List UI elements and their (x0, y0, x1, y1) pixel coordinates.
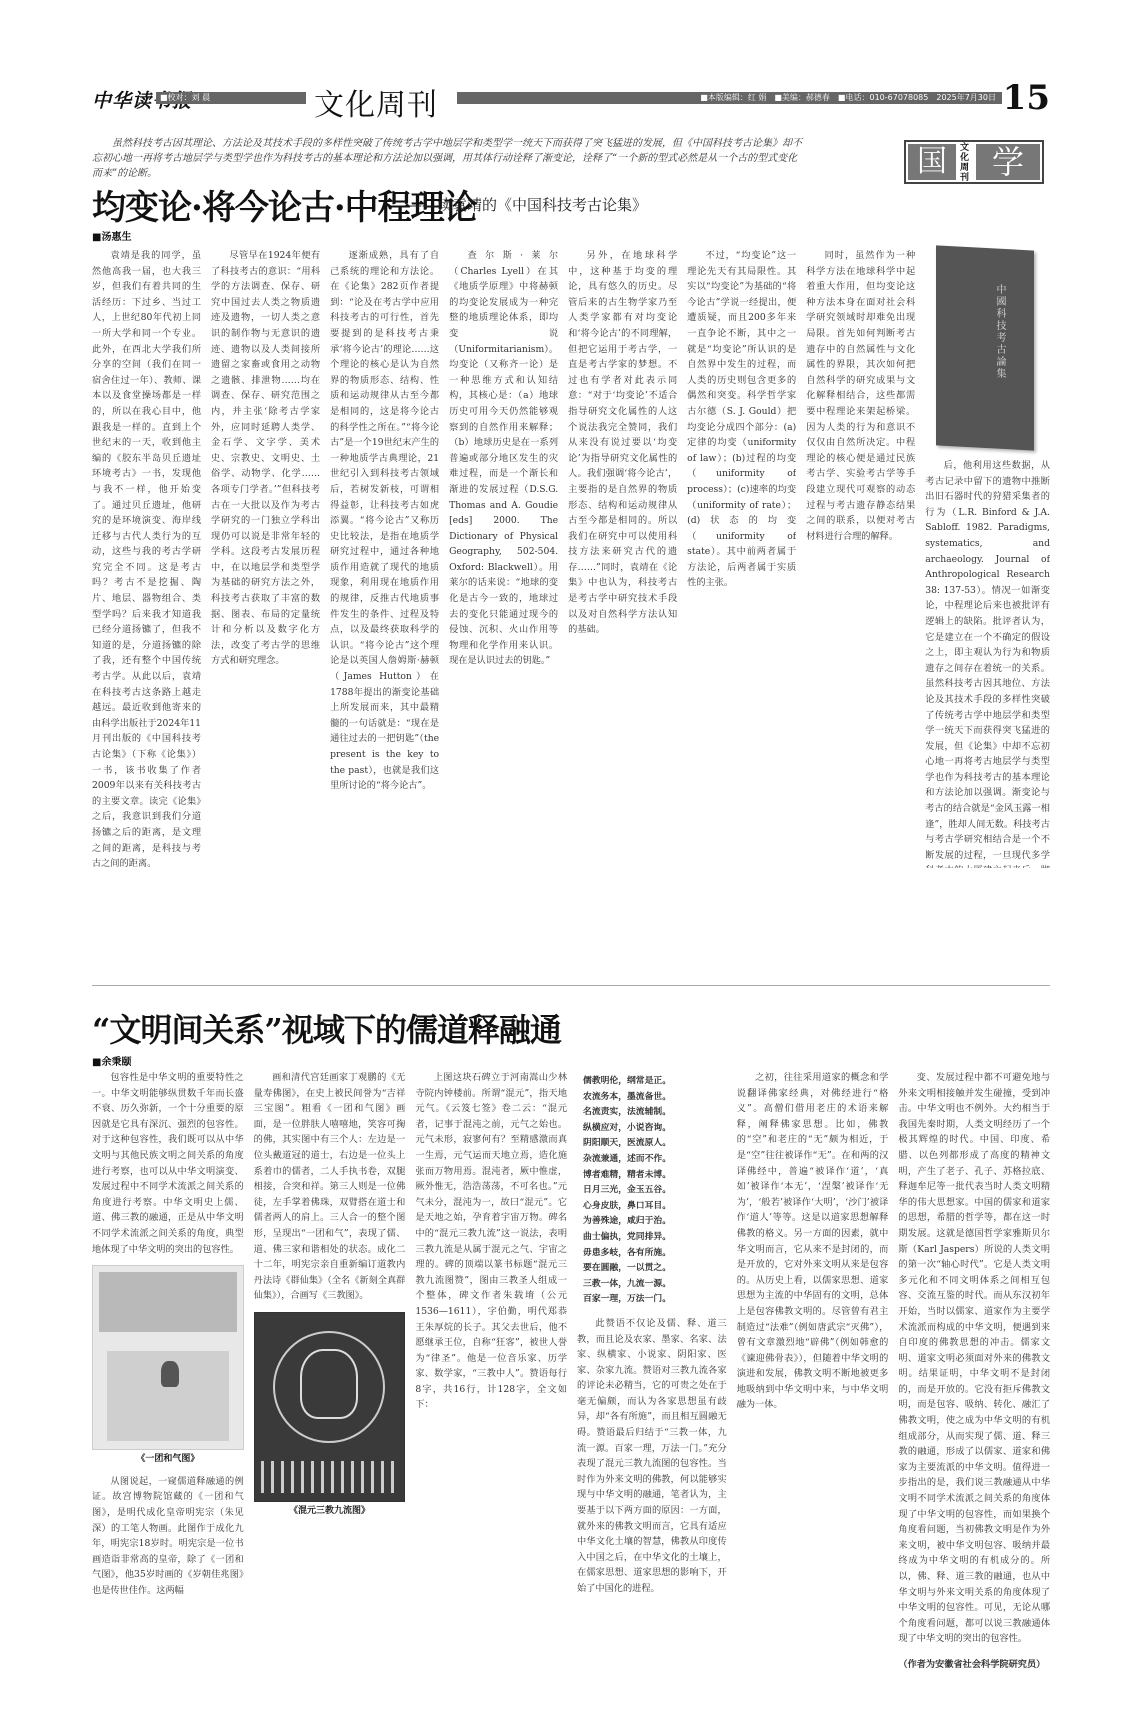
paragraph: 不过，“均变论”这一理论先天有其局限性。其实以“均变论”为基础的“将今论古”学说… (687, 248, 796, 591)
badge-left-char: 国 (908, 144, 956, 180)
article1-column: 袁靖是我的同学，虽然他高我一届，也大我三岁，但我们有着共同的生活经历：下过乡、当… (92, 248, 201, 868)
poem-line: 百家一理，万法一门。 (583, 1292, 727, 1308)
poem-line: 杂流兼通，述而不作。 (583, 1152, 727, 1168)
poem-line: 三教一体，九流一源。 (583, 1277, 727, 1293)
section-divider (92, 985, 1050, 986)
article2-column: 包容性是中华文明的重要特性之一。中华文明能够纵贯数千年而长盛不衰、历久弥新，一个… (92, 1070, 244, 1680)
poem-line: 曲士偏执，党同排异。 (583, 1230, 727, 1246)
paragraph: 袁靖是我的同学，虽然他高我一届，也大我三岁，但我们有着共同的生活经历：下过乡、当… (92, 248, 201, 868)
paragraph: 之初，往往采用道家的概念和学说翻译佛家经典，对佛经进行“格义”。高僧们借用老庄的… (737, 1070, 889, 1413)
article1-column: 逐渐成熟，具有了自己系统的理论和方法论。在《论集》282页作者提到：“论及在考古… (330, 248, 439, 868)
poem-line: 阴阳顺天，医流原人。 (583, 1136, 727, 1152)
article2-column: 之初，往往采用道家的概念和学说翻译佛家经典，对佛经进行“格义”。高僧们借用老庄的… (737, 1070, 889, 1680)
poem-line: 农流务本，墨流备世。 (583, 1090, 727, 1106)
article1-byline: ■汤惠生 (92, 228, 131, 243)
stele-eulogy-poem: 儒教明伦，纲常是正。 农流务本，墨流备世。 名流责实，法流辅制。 纵横应对，小说… (577, 1074, 727, 1308)
badge-middle-text: 文化周刊 (960, 143, 974, 183)
guoxue-column-badge: 国 文化周刊 学 (904, 140, 1044, 184)
figure2-caption: 《混元三教九流图》 (254, 1504, 406, 1520)
poem-line: 日月三光，金玉五谷。 (583, 1183, 727, 1199)
hunyuan-stele-rubbing (254, 1312, 406, 1502)
badge-right-char: 学 (976, 144, 1040, 180)
article2-column: 上图这块石碑立于河南嵩山少林寺院内钟楼前。所谓“混元”，指天地元气。《云笈七签》… (415, 1070, 567, 1680)
paragraph: 查尔斯·莱尔（Charles Lyell）在其《地质学原理》中将赫顿的均变论发展… (449, 248, 558, 669)
article1-column: 另外，在地球科学中，这种基于均变的理论，具有悠久的历史。尽管后来的古生物学家乃至… (568, 248, 677, 868)
poem-line: 博者难精，精者未博。 (583, 1168, 727, 1184)
poem-line: 名流责实，法流辅制。 (583, 1105, 727, 1121)
painting-figure (107, 1351, 229, 1441)
paragraph: 上图这块石碑立于河南嵩山少林寺院内钟楼前。所谓“混元”，指天地元气。《云笈七签》… (415, 1070, 567, 1413)
paragraph: 画和清代宫廷画家丁观鹏的《无量寿佛图》，在史上被民间誉为“吉祥三宝图”。粗看《一… (254, 1070, 406, 1304)
book-cover (936, 245, 1034, 450)
poem-line: 毋患多岐，各有所施。 (583, 1246, 727, 1262)
poem-line: 为善殊途，咸归于治。 (583, 1214, 727, 1230)
book-cover-title: 中國科技考古論集 (994, 284, 1006, 380)
stele-text-rows (261, 1461, 399, 1493)
figure1-caption: 《一团和气图》 (92, 1452, 244, 1468)
poem-line: 儒教明伦，纲常是正。 (583, 1074, 727, 1090)
poem-line: 要在圆融，一以贯之。 (583, 1261, 727, 1277)
article1-column: 查尔斯·莱尔（Charles Lyell）在其《地质学原理》中将赫顿的均变论发展… (449, 248, 558, 868)
paragraph: 尽管早在1924年便有了科技考古的意识：“用科学的方法调查、保存、研究中国过去人… (211, 248, 320, 669)
article2-column-poem: 儒教明伦，纲常是正。 农流务本，墨流备世。 名流责实，法流辅制。 纵横应对，小说… (577, 1070, 727, 1680)
paragraph: 同时，虽然作为一种科学方法在地球科学中起着重大作用，但均变论这种方法本身在面对社… (806, 248, 915, 544)
newspaper-page: 中华读书报 ■校对：刘 晨 文化周刊 ■本版编辑：红 娟 ■美编：郝德春 ■电话… (92, 80, 1050, 1680)
article2-byline: ■余秉颐 (92, 1053, 131, 1068)
book-cover-image: 中國科技考古論集 (936, 248, 1034, 448)
paragraph: 后，他利用这些数据，从考古记录中留下的遗物中推断出旧石器时代的狩猎采集者的行为（… (925, 458, 1050, 868)
calligraphy-inscription (99, 1272, 237, 1332)
staff-text: ■本版编辑：红 娟 ■美编：郝德春 ■电话：010-67078085 2025年… (700, 92, 996, 104)
article1-column: 不过，“均变论”这一理论先天有其局限性。其实以“均变论”为基础的“将今论古”学说… (687, 248, 796, 868)
article2-author-note: （作者为安徽省社会科学院研究员） (898, 1657, 1050, 1673)
article2-column: 变、发展过程中都不可避免地与外来文明相接触并发生碰撞，受到冲击。中华文明也不例外… (898, 1070, 1050, 1680)
masthead: 中华读书报 ■校对：刘 晨 文化周刊 ■本版编辑：红 娟 ■美编：郝德春 ■电话… (92, 80, 1050, 126)
article1-column: 尽管早在1924年便有了科技考古的意识：“用科学的方法调查、保存、研究中国过去人… (211, 248, 320, 868)
proofreader-text: ■校对：刘 晨 (160, 92, 210, 104)
paragraph: 变、发展过程中都不可避免地与外来文明相接触并发生碰撞，受到冲击。中华文明也不例外… (898, 1070, 1050, 1647)
paragraph: 此赞语不仅论及儒、释、道三教，而且论及农家、墨家、名家、法家、纵横家、小说家、阴… (577, 1316, 727, 1597)
page-number: 15 (1003, 78, 1050, 118)
poem-line: 纵横应对，小说咨询。 (583, 1121, 727, 1137)
article1-column: 同时，虽然作为一种科学方法在地球科学中起着重大作用，但均变论这种方法本身在面对社… (806, 248, 915, 868)
paragraph: 另外，在地球科学中，这种基于均变的理论，具有悠久的历史。尽管后来的古生物学家乃至… (568, 248, 677, 638)
section-title: 文化周刊 (314, 80, 438, 124)
staff-bar: ■本版编辑：红 娟 ■美编：郝德春 ■电话：010-67078085 2025年… (457, 92, 1002, 104)
article1-lead: 虽然科技考古因其理论、方法论及其技术手段的多样性突破了传统考古学中地层学和类型学… (92, 136, 802, 181)
paragraph: 包容性是中华文明的重要特性之一。中华文明能够纵贯数千年而长盛不衰、历久弥新，一个… (92, 1070, 244, 1257)
article2-body: 包容性是中华文明的重要特性之一。中华文明能够纵贯数千年而长盛不衰、历久弥新，一个… (92, 1070, 1050, 1680)
article2-title: “文明间关系”视域下的儒道释融通 (92, 1005, 561, 1051)
proofreader-bar: ■校对：刘 晨 (156, 92, 306, 104)
article1-subtitle: ——读袁靖的《中国科技考古论集》 (407, 194, 647, 215)
paragraph: 逐渐成熟，具有了自己系统的理论和方法论。在《论集》282页作者提到：“论及在考古… (330, 248, 439, 794)
yituan-heqi-painting (92, 1265, 244, 1450)
article2-column: 画和清代宫廷画家丁观鹏的《无量寿佛图》，在史上被民间誉为“吉祥三宝图”。粗看《一… (254, 1070, 406, 1680)
stele-figure (300, 1349, 358, 1419)
poem-line: 心身皮肤，鼻口耳目。 (583, 1199, 727, 1215)
article1-body: 袁靖是我的同学，虽然他高我一届，也大我三岁，但我们有着共同的生活经历：下过乡、当… (92, 248, 1050, 868)
paragraph: 从图说起，一窥儒道释融通的例证。故宫博物院馆藏的《一团和气图》，是明代成化皇帝明… (92, 1474, 244, 1599)
